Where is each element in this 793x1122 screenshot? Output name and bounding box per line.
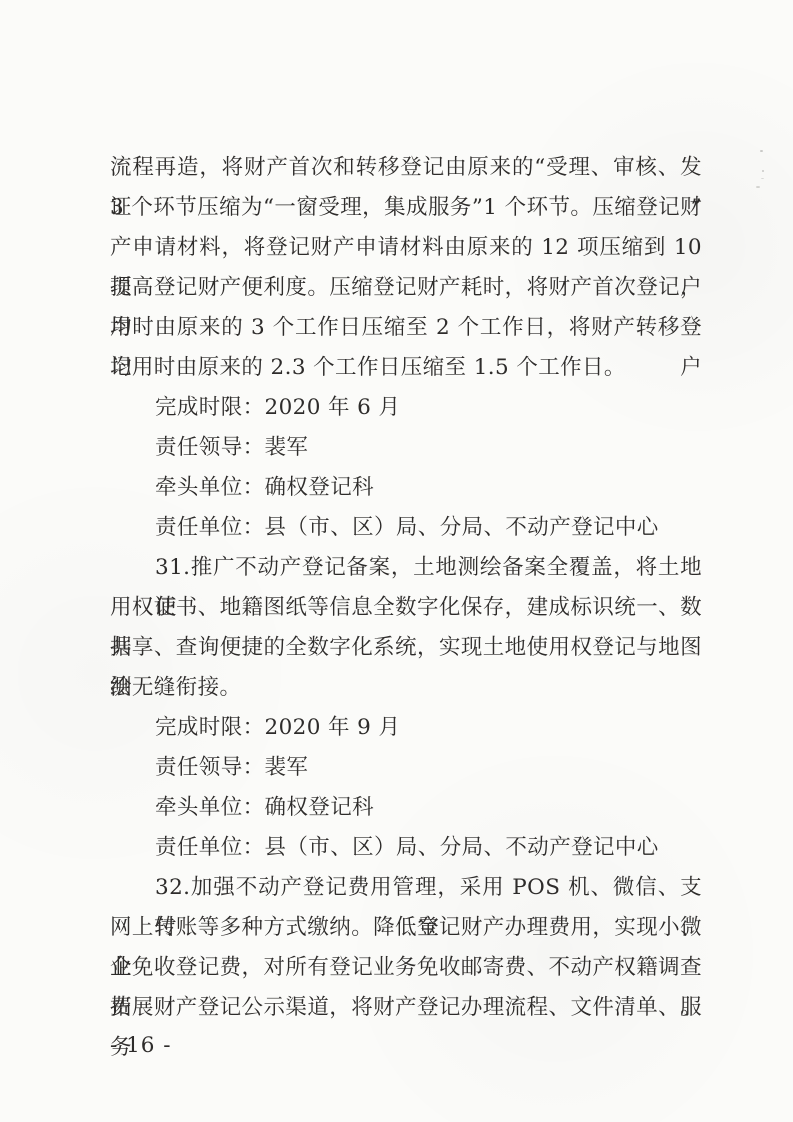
text-line: 提高登记财产便利度。压缩登记财产耗时，将财产首次登记户均 xyxy=(110,268,702,308)
scanned-document-page: { "page": { "paper_color": "#fbfbf9", "i… xyxy=(0,0,793,1122)
body-text: 流程再造，将财产首次和转移登记由原来的“受理、审核、发证”3 个环节压缩为“一窗… xyxy=(110,148,702,1028)
text-line: 31.推广不动产登记备案，土地测绘备案全覆盖，将土地使 xyxy=(110,548,702,588)
text-line: 绘无缝衔接。 xyxy=(110,668,702,708)
text-line: 牵头单位：确权登记科 xyxy=(110,788,702,828)
text-line: 网上转账等多种方式缴纳。降低登记财产办理费用，实现小微企 xyxy=(110,908,702,948)
text-line: 用权证书、地籍图纸等信息全数字化保存，建成标识统一、数据 xyxy=(110,588,702,628)
text-line: 责任单位：县（市、区）局、分局、不动产登记中心 xyxy=(110,828,702,868)
text-line: 产申请材料，将登记财产申请材料由原来的 12 项压缩到 10 项， xyxy=(110,228,702,268)
text-line: 完成时限：2020 年 9 月 xyxy=(110,708,702,748)
text-line: 责任领导：裴军 xyxy=(110,428,702,468)
text-line: 责任单位：县（市、区）局、分局、不动产登记中心 xyxy=(110,508,702,548)
text-line: 拓展财产登记公示渠道，将财产登记办理流程、文件清单、服务 xyxy=(110,988,702,1028)
scan-speck xyxy=(760,150,763,152)
text-line: 共享、查询便捷的全数字化系统，实现土地使用权登记与地图测 xyxy=(110,628,702,668)
text-line: 3 个环节压缩为“一窗受理，集成服务”1 个环节。压缩登记财 xyxy=(110,188,702,228)
text-line: 完成时限：2020 年 6 月 xyxy=(110,388,702,428)
text-line: 责任领导：裴军 xyxy=(110,748,702,788)
scan-speck xyxy=(762,170,764,172)
page-number: - 16 - xyxy=(110,1026,172,1066)
text-line: 均用时由原来的 2.3 个工作日压缩至 1.5 个工作日。 xyxy=(110,348,702,388)
text-line: 流程再造，将财产首次和转移登记由原来的“受理、审核、发证” xyxy=(110,148,702,188)
text-line: 用时由原来的 3 个工作日压缩至 2 个工作日，将财产转移登记户 xyxy=(110,308,702,348)
scan-speck xyxy=(756,186,760,188)
text-line: 业免收登记费，对所有登记业务免收邮寄费、不动产权籍调查费。 xyxy=(110,948,702,988)
scan-speck xyxy=(761,178,764,179)
text-line: 32.加强不动产登记费用管理，采用 POS 机、微信、支付宝、 xyxy=(110,868,702,908)
text-line: 牵头单位：确权登记科 xyxy=(110,468,702,508)
